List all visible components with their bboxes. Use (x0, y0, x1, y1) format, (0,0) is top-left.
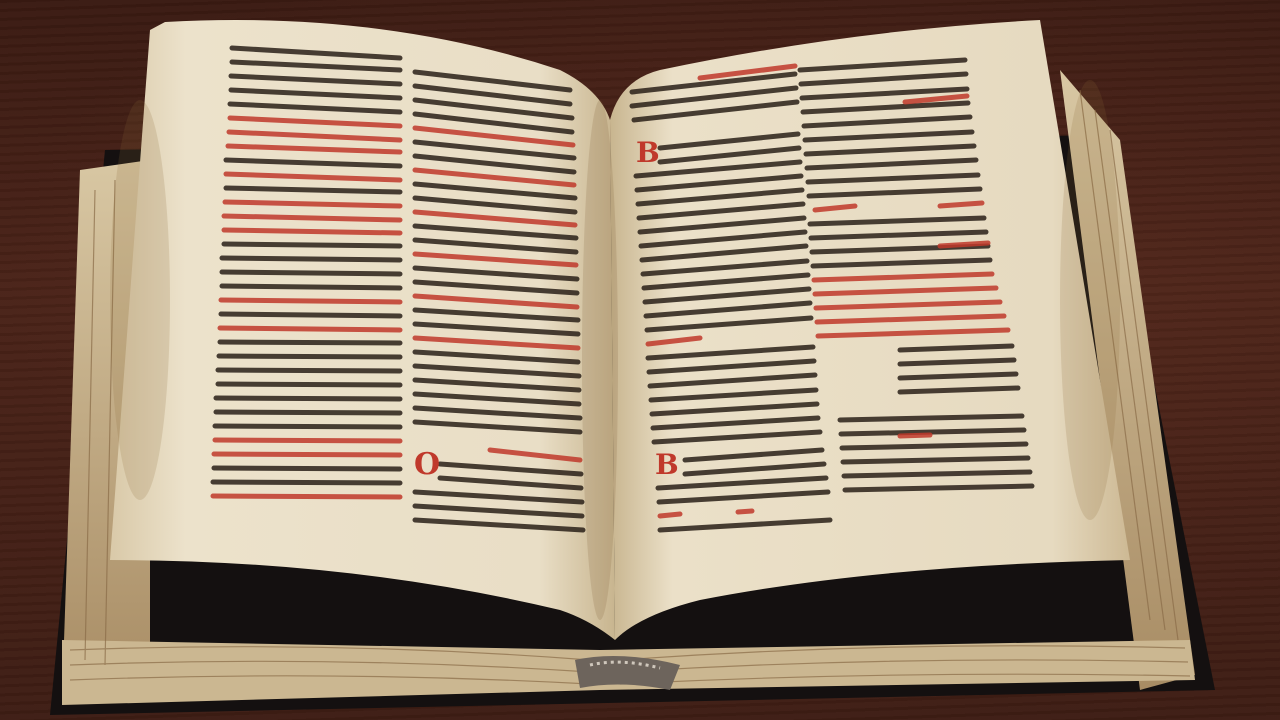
initial-o: O (414, 447, 440, 482)
initial-b-lower: B (655, 448, 679, 481)
open-book-photo: O (0, 0, 1280, 720)
initial-b-top: B (636, 136, 660, 169)
